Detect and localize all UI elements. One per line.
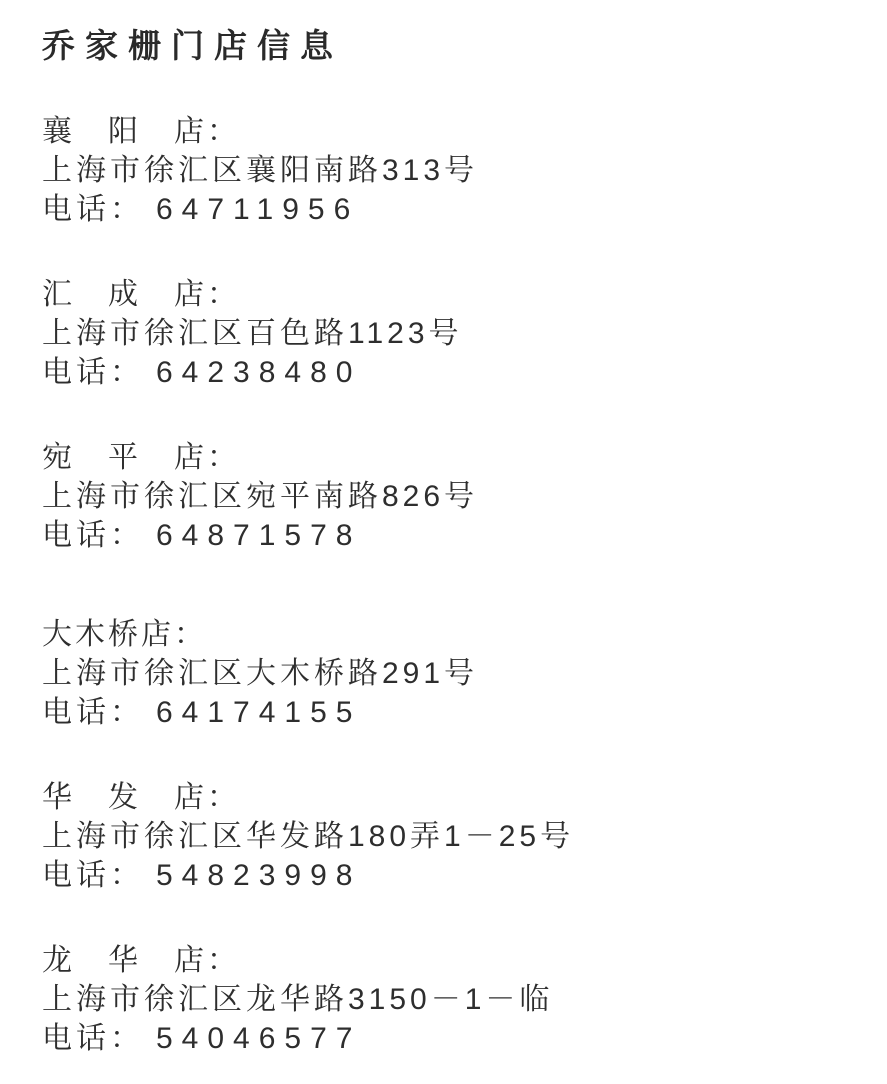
phone-number: 64174155 xyxy=(156,696,361,729)
store-name: 汇 成 店： xyxy=(42,275,867,314)
store-phone: 电话：54046577 xyxy=(42,1019,867,1058)
store-address: 上海市徐汇区百色路1123号 xyxy=(42,314,867,353)
store-phone: 电话：64711956 xyxy=(42,190,867,229)
phone-label: 电话： xyxy=(42,696,144,729)
store-address: 上海市徐汇区宛平南路826号 xyxy=(42,477,867,516)
store-block-huafa: 华 发 店： 上海市徐汇区华发路180弄1－25号 电话：54823998 xyxy=(42,778,867,895)
store-info-document: 乔家栅门店信息 襄 阳 店： 上海市徐汇区襄阳南路313号 电话：6471195… xyxy=(0,0,887,1058)
store-block-xiangyang: 襄 阳 店： 上海市徐汇区襄阳南路313号 电话：64711956 xyxy=(42,112,867,229)
phone-number: 54823998 xyxy=(156,859,361,892)
store-name: 龙 华 店： xyxy=(42,941,867,980)
page-title: 乔家栅门店信息 xyxy=(42,26,867,66)
phone-number: 54046577 xyxy=(156,1022,361,1055)
phone-label: 电话： xyxy=(42,1022,144,1055)
store-block-damuqiao: 大木桥店： 上海市徐汇区大木桥路291号 电话：64174155 xyxy=(42,615,867,732)
store-block-wanping: 宛 平 店： 上海市徐汇区宛平南路826号 电话：64871578 xyxy=(42,438,867,555)
store-phone: 电话：64871578 xyxy=(42,516,867,555)
store-phone: 电话：64174155 xyxy=(42,693,867,732)
store-block-huicheng: 汇 成 店： 上海市徐汇区百色路1123号 电话：64238480 xyxy=(42,275,867,392)
phone-label: 电话： xyxy=(42,193,144,226)
store-address: 上海市徐汇区华发路180弄1－25号 xyxy=(42,817,867,856)
store-name: 大木桥店： xyxy=(42,615,867,654)
store-name: 宛 平 店： xyxy=(42,438,867,477)
store-block-longhua: 龙 华 店： 上海市徐汇区龙华路3150－1－临 电话：54046577 xyxy=(42,941,867,1058)
phone-number: 64238480 xyxy=(156,356,361,389)
phone-label: 电话： xyxy=(42,356,144,389)
store-name: 华 发 店： xyxy=(42,778,867,817)
phone-number: 64711956 xyxy=(156,193,359,226)
phone-label: 电话： xyxy=(42,519,144,552)
phone-label: 电话： xyxy=(42,859,144,892)
store-address: 上海市徐汇区龙华路3150－1－临 xyxy=(42,980,867,1019)
store-phone: 电话：64238480 xyxy=(42,353,867,392)
store-name: 襄 阳 店： xyxy=(42,112,867,151)
store-phone: 电话：54823998 xyxy=(42,856,867,895)
store-address: 上海市徐汇区襄阳南路313号 xyxy=(42,151,867,190)
store-address: 上海市徐汇区大木桥路291号 xyxy=(42,654,867,693)
store-list: 襄 阳 店： 上海市徐汇区襄阳南路313号 电话：64711956 汇 成 店：… xyxy=(42,112,867,1058)
phone-number: 64871578 xyxy=(156,519,361,552)
